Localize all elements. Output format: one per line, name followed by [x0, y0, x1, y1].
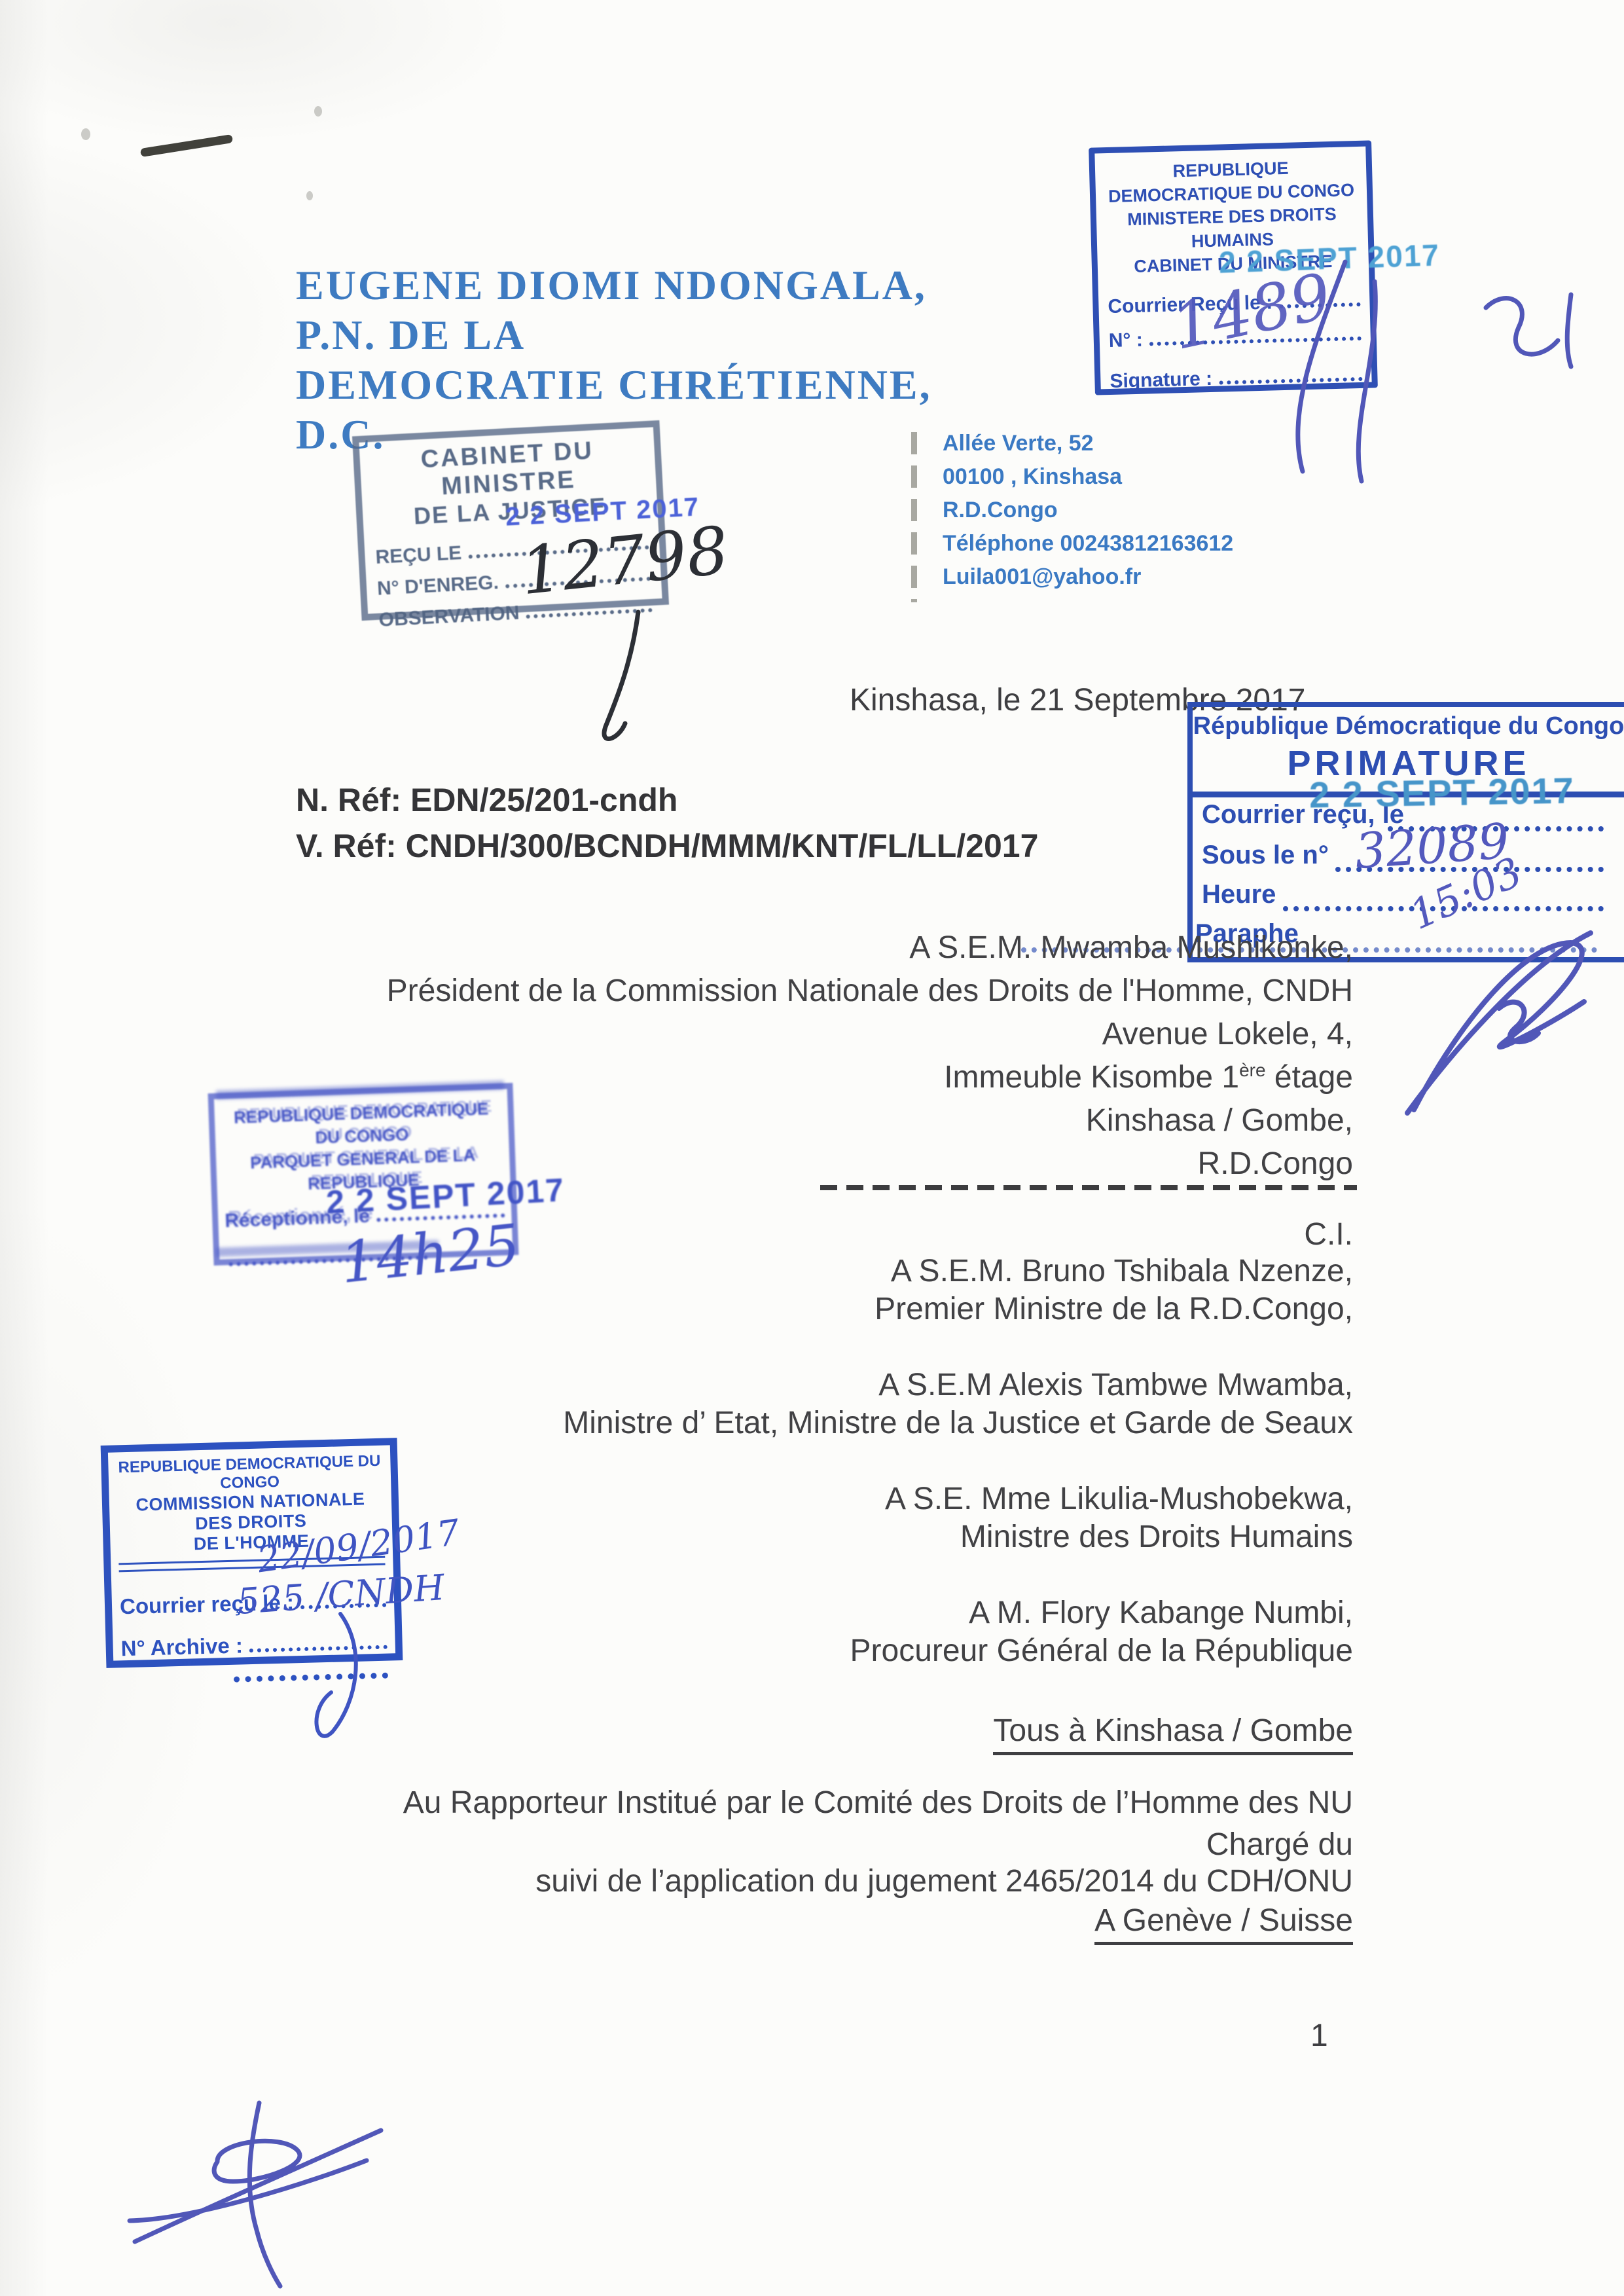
dotted-leader: [234, 1673, 388, 1683]
recipient-line: Immeuble Kisombe 1ère étage: [944, 1059, 1353, 1095]
bottom-left-signature: [130, 2103, 381, 2286]
dotted-leader: [249, 1645, 388, 1653]
staple-mark: [140, 134, 233, 157]
page-number: 1: [1310, 2018, 1328, 2054]
recipient-line: R.D.Congo: [1198, 1146, 1353, 1182]
recipient-line: Kinshasa / Gombe,: [1086, 1102, 1353, 1139]
stamp-country-line: République Démocratique du Congo: [1193, 712, 1624, 740]
ref-n-line: N. Réf: EDN/25/201-cndh: [296, 781, 677, 819]
ref-v-line: V. Réf: CNDH/300/BCNDH/MMM/KNT/FL/LL/201…: [296, 827, 1038, 865]
recipient-line: A S.E.M. Bruno Tshibala Nzenze,: [891, 1253, 1353, 1289]
stamp-field-label: OBSERVATION: [378, 602, 520, 632]
geneva-line: A Genève / Suisse: [1094, 1903, 1353, 1939]
rapporteur-line: Au Rapporteur Institué par le Comité des…: [403, 1785, 1353, 1821]
dashed-separator: [820, 1185, 1357, 1190]
recipient-line: Avenue Lokele, 4,: [1102, 1016, 1353, 1052]
immeuble-superscript: ère: [1239, 1060, 1265, 1080]
date-stamp-primature: 2 2 SEPT 2017: [1308, 769, 1575, 816]
stamp-field-label: REÇU LE: [375, 542, 462, 569]
letterhead-line: P.N. DE LA: [296, 310, 932, 360]
recipient-line: A S.E. Mme Likulia-Mushobekwa,: [885, 1481, 1353, 1517]
ci-label: C.I.: [1304, 1216, 1353, 1252]
letterhead-line: EUGENE DIOMI NDONGALA,: [296, 261, 932, 310]
scan-speck: [314, 106, 322, 117]
scan-speck: [306, 191, 313, 200]
droits-humains-side-scribble: [1486, 295, 1571, 367]
recipient-line: Ministre d’ Etat, Ministre de la Justice…: [563, 1405, 1353, 1441]
immeuble-prefix: Immeuble Kisombe 1: [944, 1060, 1239, 1095]
stamp-field-label: Sous le n°: [1202, 841, 1329, 870]
recipient-line: Procureur Général de la République: [850, 1633, 1353, 1669]
all-recipients-location: Tous à Kinshasa / Gombe: [993, 1713, 1353, 1749]
stamp-field-label: Signature :: [1110, 368, 1213, 393]
immeuble-suffix: étage: [1266, 1060, 1353, 1095]
rapporteur-line: suivi de l’application du jugement 2465/…: [535, 1863, 1353, 1899]
scanned-letter-page: EUGENE DIOMI NDONGALA, P.N. DE LA DEMOCR…: [0, 0, 1624, 2296]
justice-number-tail: [604, 612, 638, 739]
recipient-line: Premier Ministre de la R.D.Congo,: [875, 1291, 1353, 1327]
stamp-field-label: Heure: [1202, 880, 1276, 909]
scan-speck: [81, 128, 90, 140]
dotted-leader: [526, 608, 653, 619]
dotted-leader: [1219, 377, 1362, 385]
recipient-line: A S.E.M. Mwamba Mushikonke,: [909, 930, 1353, 966]
contact-email-line: Luila001@yahoo.fr: [943, 560, 1233, 594]
contact-block: Allée Verte, 52 00100 , Kinshasa R.D.Con…: [943, 427, 1233, 594]
contact-divider-bar: [911, 432, 917, 602]
stamp-field-label: N° D'ENREG.: [376, 572, 499, 600]
stamp-field-label: N° :: [1108, 329, 1143, 352]
recipient-line: Président de la Commission Nationale des…: [387, 973, 1353, 1009]
contact-phone-line: Téléphone 00243812163612: [943, 527, 1233, 560]
contact-city-line: 00100 , Kinshasa: [943, 460, 1233, 494]
stamp-field-label: N° Archive :: [120, 1633, 243, 1661]
recipient-line: Ministre des Droits Humains: [960, 1519, 1353, 1555]
recipient-line: A M. Flory Kabange Numbi,: [969, 1595, 1353, 1631]
rapporteur-line: Chargé du: [1206, 1827, 1353, 1863]
contact-address-line: Allée Verte, 52: [943, 427, 1233, 460]
contact-country-line: R.D.Congo: [943, 494, 1233, 527]
letterhead-line: DEMOCRATIE CHRÉTIENNE,: [296, 360, 932, 410]
recipient-line: A S.E.M Alexis Tambwe Mwamba,: [878, 1367, 1353, 1403]
stamp-country-line: REPUBLIQUE DEMOCRATIQUE DU CONGO: [1104, 155, 1358, 208]
